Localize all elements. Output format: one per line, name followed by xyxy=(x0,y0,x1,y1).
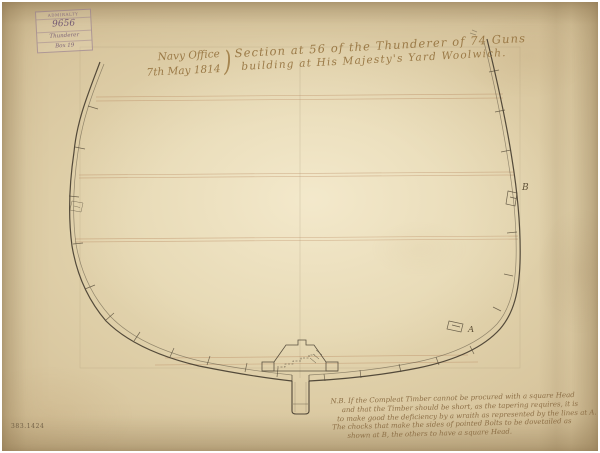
bolt-detail-b xyxy=(506,191,517,206)
label-b: B xyxy=(522,183,529,193)
registry-stamp: ADMIRALTY 9656 Thunderer Box 19 xyxy=(35,9,93,54)
keel-section xyxy=(292,381,309,414)
title-brace: ) xyxy=(223,44,232,77)
title-office-date: Navy Office 7th May 1814 xyxy=(145,47,220,79)
stamp-box-number: Box 19 xyxy=(38,40,92,53)
left-scarph-detail xyxy=(70,201,83,212)
hull-outline xyxy=(70,39,521,381)
nb-note: N.B. If the Compleat Timber cannot be pr… xyxy=(330,391,587,441)
bolt-detail-a xyxy=(447,321,463,332)
label-a: A xyxy=(468,325,474,335)
timber-joint-ticks xyxy=(69,30,517,381)
deck-lines xyxy=(75,94,518,365)
catalog-number: 383.1424 xyxy=(11,423,44,430)
